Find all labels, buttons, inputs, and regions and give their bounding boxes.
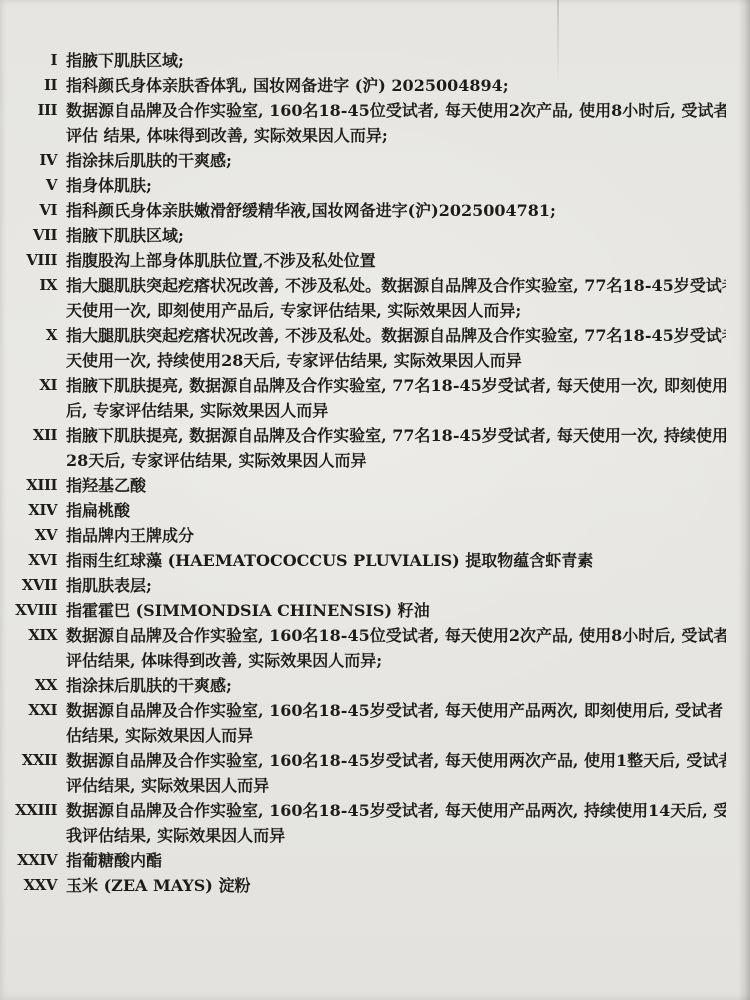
- footnote-text-line: 指肌肤表层;: [66, 573, 726, 598]
- footnote-text: 玉米 (ZEA MAYS) 淀粉: [66, 873, 726, 898]
- footnote-text-line: 指腹股沟上部身体肌肤位置,不涉及私处位置: [66, 248, 726, 273]
- footnote-number: II: [8, 73, 57, 98]
- footnote-number: IX: [8, 273, 57, 298]
- footnote-text-line: 指腋下肌肤提亮, 数据源自品牌及合作实验室, 77名18-45岁受试者, 每天使…: [66, 373, 726, 398]
- footnote-text-line: 评估结果, 实际效果因人而异: [66, 773, 726, 798]
- footnote-number: V: [8, 173, 57, 198]
- footnote-number: XIX: [8, 623, 57, 648]
- footnote-text: 指腋下肌肤区域;: [66, 223, 726, 248]
- footnote-item: VII指腋下肌肤区域;: [8, 223, 726, 248]
- footnote-number: XVIII: [8, 598, 57, 623]
- footnote-item: XI指腋下肌肤提亮, 数据源自品牌及合作实验室, 77名18-45岁受试者, 每…: [8, 373, 726, 423]
- footnote-text: 数据源自品牌及合作实验室, 160名18-45岁受试者, 每天使用产品两次, 即…: [66, 698, 726, 748]
- footnote-number: XI: [8, 373, 57, 398]
- footnote-text-line: 数据源自品牌及合作实验室, 160名18-45岁受试者, 每天使用产品两次, 持…: [66, 798, 726, 823]
- footnote-text: 指科颜氏身体亲肤嫩滑舒缓精华液,国妆网备进字(沪)2025004781;: [66, 198, 726, 223]
- footnote-text-line: 指品牌内王牌成分: [66, 523, 726, 548]
- footnote-text: 指品牌内王牌成分: [66, 523, 726, 548]
- footnote-list: I指腋下肌肤区域;II指科颜氏身体亲肤香体乳, 国妆网备进字 (沪) 20250…: [8, 48, 726, 898]
- footnote-item: XIX数据源自品牌及合作实验室, 160名18-45位受试者, 每天使用2次产品…: [8, 623, 726, 673]
- footnote-text: 指扁桃酸: [66, 498, 726, 523]
- footnote-text-line: 指涂抹后肌肤的干爽感;: [66, 148, 726, 173]
- footnote-text: 指雨生红球藻 (HAEMATOCOCCUS PLUVIALIS) 提取物蕴含虾青…: [66, 548, 726, 573]
- page-edge-shadow: [738, 0, 750, 1000]
- footnote-text-line: 指葡糖酸内酯: [66, 848, 726, 873]
- footnote-item: VI指科颜氏身体亲肤嫩滑舒缓精华液,国妆网备进字(沪)2025004781;: [8, 198, 726, 223]
- footnote-item: III数据源自品牌及合作实验室, 160名18-45位受试者, 每天使用2次产品…: [8, 98, 726, 148]
- footnote-text: 指大腿肌肤突起疙瘩状况改善, 不涉及私处。数据源自品牌及合作实验室, 77名18…: [66, 273, 726, 323]
- footnote-text-line: 估结果, 实际效果因人而异: [66, 723, 726, 748]
- footnote-text: 指霍霍巴 (SIMMONDSIA CHINENSIS) 籽油: [66, 598, 726, 623]
- footnote-text: 指大腿肌肤突起疙瘩状况改善, 不涉及私处。数据源自品牌及合作实验室, 77名18…: [66, 323, 726, 373]
- footnote-number: XXIV: [8, 848, 57, 873]
- footnote-text-line: 指大腿肌肤突起疙瘩状况改善, 不涉及私处。数据源自品牌及合作实验室, 77名18…: [66, 323, 726, 348]
- footnote-number: VII: [8, 223, 57, 248]
- footnote-text: 指腹股沟上部身体肌肤位置,不涉及私处位置: [66, 248, 726, 273]
- footnote-number: XXII: [8, 748, 57, 773]
- footnote-text: 指腋下肌肤提亮, 数据源自品牌及合作实验室, 77名18-45岁受试者, 每天使…: [66, 373, 726, 423]
- footnote-item: XVII指肌肤表层;: [8, 573, 726, 598]
- footnote-item: XXV玉米 (ZEA MAYS) 淀粉: [8, 873, 726, 898]
- footnote-item: XVIII指霍霍巴 (SIMMONDSIA CHINENSIS) 籽油: [8, 598, 726, 623]
- footnote-text-line: 数据源自品牌及合作实验室, 160名18-45位受试者, 每天使用2次产品, 使…: [66, 98, 726, 123]
- footnote-text-line: 指腋下肌肤提亮, 数据源自品牌及合作实验室, 77名18-45岁受试者, 每天使…: [66, 423, 726, 448]
- footnote-text-line: 数据源自品牌及合作实验室, 160名18-45位受试者, 每天使用2次产品, 使…: [66, 623, 726, 648]
- footnote-number: XII: [8, 423, 57, 448]
- footnote-text: 数据源自品牌及合作实验室, 160名18-45位受试者, 每天使用2次产品, 使…: [66, 98, 726, 148]
- footnote-text-line: 指腋下肌肤区域;: [66, 223, 726, 248]
- footnote-number: XIII: [8, 473, 57, 498]
- footnote-number: XX: [8, 673, 57, 698]
- footnote-item: I指腋下肌肤区域;: [8, 48, 726, 73]
- footnote-text-line: 后, 专家评估结果, 实际效果因人而异: [66, 398, 726, 423]
- footnote-text: 数据源自品牌及合作实验室, 160名18-45岁受试者, 每天使用产品两次, 持…: [66, 798, 726, 848]
- footnote-item: XXIV指葡糖酸内酯: [8, 848, 726, 873]
- footnote-text-line: 玉米 (ZEA MAYS) 淀粉: [66, 873, 726, 898]
- footnote-text: 数据源自品牌及合作实验室, 160名18-45位受试者, 每天使用2次产品, 使…: [66, 623, 726, 673]
- footnote-item: VIII指腹股沟上部身体肌肤位置,不涉及私处位置: [8, 248, 726, 273]
- footnote-text-line: 指科颜氏身体亲肤香体乳, 国妆网备进字 (沪) 2025004894;: [66, 73, 726, 98]
- footnote-item: XIII指羟基乙酸: [8, 473, 726, 498]
- footnote-text: 指葡糖酸内酯: [66, 848, 726, 873]
- footnote-text-line: 指科颜氏身体亲肤嫩滑舒缓精华液,国妆网备进字(沪)2025004781;: [66, 198, 726, 223]
- footnote-item: XXIII数据源自品牌及合作实验室, 160名18-45岁受试者, 每天使用产品…: [8, 798, 726, 848]
- footnote-number: VIII: [8, 248, 57, 273]
- footnote-item: XVI指雨生红球藻 (HAEMATOCOCCUS PLUVIALIS) 提取物蕴…: [8, 548, 726, 573]
- footnote-number: XVI: [8, 548, 57, 573]
- footnote-number: IV: [8, 148, 57, 173]
- footnote-item: XX指涂抹后肌肤的干爽感;: [8, 673, 726, 698]
- footnote-text-line: 指大腿肌肤突起疙瘩状况改善, 不涉及私处。数据源自品牌及合作实验室, 77名18…: [66, 273, 726, 298]
- footnote-text-line: 我评估结果, 实际效果因人而异: [66, 823, 726, 848]
- footnote-number: XVII: [8, 573, 57, 598]
- footnote-text-line: 指羟基乙酸: [66, 473, 726, 498]
- footnote-text: 指涂抹后肌肤的干爽感;: [66, 673, 726, 698]
- footnote-text-line: 天使用一次, 持续使用28天后, 专家评估结果, 实际效果因人而异: [66, 348, 726, 373]
- footnote-item: XIV指扁桃酸: [8, 498, 726, 523]
- footnote-item: XXII数据源自品牌及合作实验室, 160名18-45岁受试者, 每天使用两次产…: [8, 748, 726, 798]
- footnote-item: XII指腋下肌肤提亮, 数据源自品牌及合作实验室, 77名18-45岁受试者, …: [8, 423, 726, 473]
- footnote-text-line: 数据源自品牌及合作实验室, 160名18-45岁受试者, 每天使用两次产品, 使…: [66, 748, 726, 773]
- footnote-text-line: 指扁桃酸: [66, 498, 726, 523]
- footnotes-page: I指腋下肌肤区域;II指科颜氏身体亲肤香体乳, 国妆网备进字 (沪) 20250…: [0, 0, 750, 1000]
- footnote-item: IV指涂抹后肌肤的干爽感;: [8, 148, 726, 173]
- footnote-text: 指腋下肌肤提亮, 数据源自品牌及合作实验室, 77名18-45岁受试者, 每天使…: [66, 423, 726, 473]
- footnote-text-line: 数据源自品牌及合作实验室, 160名18-45岁受试者, 每天使用产品两次, 即…: [66, 698, 726, 723]
- footnote-number: X: [8, 323, 57, 348]
- footnote-text-line: 指腋下肌肤区域;: [66, 48, 726, 73]
- footnote-number: XXI: [8, 698, 57, 723]
- footnote-item: V指身体肌肤;: [8, 173, 726, 198]
- footnote-text: 指科颜氏身体亲肤香体乳, 国妆网备进字 (沪) 2025004894;: [66, 73, 726, 98]
- footnote-text: 指肌肤表层;: [66, 573, 726, 598]
- footnote-text-line: 评估结果, 体味得到改善, 实际效果因人而异;: [66, 648, 726, 673]
- footnote-text-line: 指霍霍巴 (SIMMONDSIA CHINENSIS) 籽油: [66, 598, 726, 623]
- footnote-item: IX指大腿肌肤突起疙瘩状况改善, 不涉及私处。数据源自品牌及合作实验室, 77名…: [8, 273, 726, 323]
- footnote-item: XV指品牌内王牌成分: [8, 523, 726, 548]
- footnote-text-line: 评估 结果, 体味得到改善, 实际效果因人而异;: [66, 123, 726, 148]
- footnote-text: 数据源自品牌及合作实验室, 160名18-45岁受试者, 每天使用两次产品, 使…: [66, 748, 726, 798]
- footnote-number: XV: [8, 523, 57, 548]
- footnote-item: X指大腿肌肤突起疙瘩状况改善, 不涉及私处。数据源自品牌及合作实验室, 77名1…: [8, 323, 726, 373]
- footnote-text: 指腋下肌肤区域;: [66, 48, 726, 73]
- footnote-text-line: 天使用一次, 即刻使用产品后, 专家评估结果, 实际效果因人而异;: [66, 298, 726, 323]
- footnote-item: XXI数据源自品牌及合作实验室, 160名18-45岁受试者, 每天使用产品两次…: [8, 698, 726, 748]
- footnote-number: VI: [8, 198, 57, 223]
- footnote-text-line: 指身体肌肤;: [66, 173, 726, 198]
- footnote-number: III: [8, 98, 57, 123]
- footnote-number: XXIII: [8, 798, 57, 823]
- footnote-text-line: 指涂抹后肌肤的干爽感;: [66, 673, 726, 698]
- footnote-item: II指科颜氏身体亲肤香体乳, 国妆网备进字 (沪) 2025004894;: [8, 73, 726, 98]
- footnote-number: XIV: [8, 498, 57, 523]
- footnote-text: 指涂抹后肌肤的干爽感;: [66, 148, 726, 173]
- footnote-text: 指羟基乙酸: [66, 473, 726, 498]
- footnote-text-line: 28天后, 专家评估结果, 实际效果因人而异: [66, 448, 726, 473]
- footnote-number: XXV: [8, 873, 57, 898]
- footnote-text: 指身体肌肤;: [66, 173, 726, 198]
- footnote-number: I: [8, 48, 57, 73]
- footnote-text-line: 指雨生红球藻 (HAEMATOCOCCUS PLUVIALIS) 提取物蕴含虾青…: [66, 548, 726, 573]
